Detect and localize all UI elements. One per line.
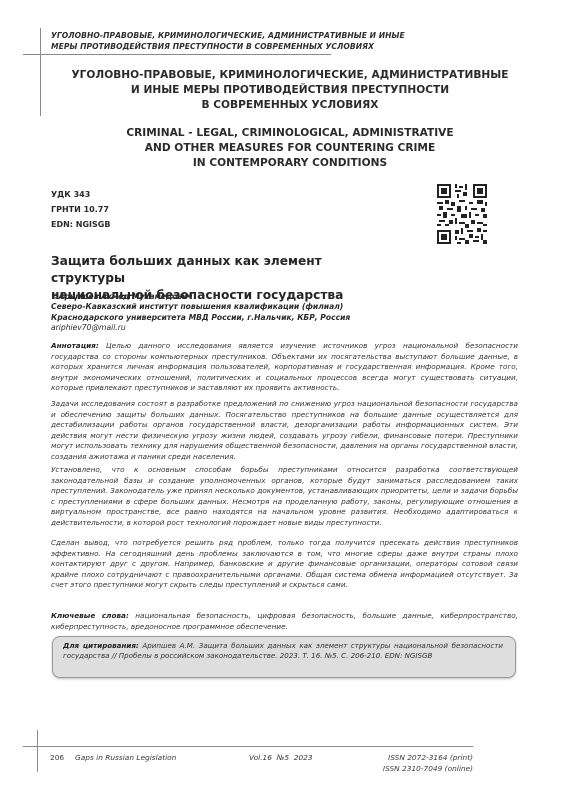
volume-issue: Vol.16 №5 2023	[249, 752, 313, 763]
keywords-label: Ключевые слова:	[51, 611, 129, 620]
abstract-label: Аннотация:	[51, 341, 99, 350]
issn-online: ISSN 2310-7049 (online)	[383, 763, 473, 774]
author-name: ©Арипшев Ахмед Мухамедович	[51, 292, 411, 302]
section-title-ru: УГОЛОВНО-ПРАВОВЫЕ, КРИМИНОЛОГИЧЕСКИЕ, АД…	[40, 68, 540, 113]
section-title-line: IN CONTEMPORARY CONDITIONS	[40, 156, 540, 171]
conclusion-paragraph: Сделан вывод, что потребуется решить ряд…	[51, 538, 518, 591]
running-head-line: МЕРЫ ПРОТИВОДЕЙСТВИЯ ПРЕСТУПНОСТИ В СОВР…	[51, 41, 471, 52]
grnti-code: ГРНТИ 10.77	[51, 202, 110, 217]
header-horizontal-rule	[23, 54, 331, 55]
abstract-text: Целью данного исследования является изуч…	[51, 341, 518, 392]
author-affiliation: Краснодарского университета МВД России, …	[51, 313, 411, 323]
section-title-line: И ИНЫЕ МЕРЫ ПРОТИВОДЕЙСТВИЯ ПРЕСТУПНОСТИ	[40, 83, 540, 98]
footer-vertical-rule	[37, 730, 38, 772]
footer-horizontal-rule	[23, 746, 473, 747]
qr-code-icon[interactable]	[437, 184, 487, 244]
issn-block: ISSN 2072-3164 (print) ISSN 2310-7049 (o…	[383, 752, 473, 774]
tasks-paragraph: Задачи исследования состоят в разработке…	[51, 399, 518, 463]
edn-code: EDN: NGISGB	[51, 217, 110, 232]
author-affiliation: Северо-Кавказский институт повышения ква…	[51, 302, 411, 312]
citation-box: Для цитирования: Арипшев А.М. Защита бол…	[52, 636, 516, 678]
abstract-paragraph: Аннотация: Целью данного исследования яв…	[51, 341, 518, 394]
citation-text: Для цитирования: Арипшев А.М. Защита бол…	[63, 641, 503, 662]
section-title-line: В СОВРЕМЕННЫХ УСЛОВИЯХ	[40, 98, 540, 113]
issn-print: ISSN 2072-3164 (print)	[383, 752, 473, 763]
citation-label: Для цитирования:	[63, 641, 139, 650]
section-title-line: CRIMINAL - LEGAL, CRIMINOLOGICAL, ADMINI…	[40, 126, 540, 141]
running-head: УГОЛОВНО-ПРАВОВЫЕ, КРИМИНОЛОГИЧЕСКИЕ, АД…	[51, 30, 471, 52]
classification-codes: УДК 343 ГРНТИ 10.77 EDN: NGISGB	[51, 187, 110, 232]
article-title-line: Защита больших данных как элемент структ…	[51, 253, 381, 287]
author-block: ©Арипшев Ахмед Мухамедович Северо-Кавказ…	[51, 292, 411, 334]
section-title-line: УГОЛОВНО-ПРАВОВЫЕ, КРИМИНОЛОГИЧЕСКИЕ, АД…	[40, 68, 540, 83]
page-number: 206	[50, 752, 64, 763]
author-email[interactable]: ariphiev70@mail.ru	[51, 323, 411, 333]
section-title-en: CRIMINAL - LEGAL, CRIMINOLOGICAL, ADMINI…	[40, 126, 540, 171]
established-paragraph: Установлено, что к основным способам бор…	[51, 465, 518, 529]
journal-name: Gaps in Russian Legislation	[75, 752, 176, 763]
udk-code: УДК 343	[51, 187, 110, 202]
running-head-line: УГОЛОВНО-ПРАВОВЫЕ, КРИМИНОЛОГИЧЕСКИЕ, АД…	[51, 30, 471, 41]
section-title-line: AND OTHER MEASURES FOR COUNTERING CRIME	[40, 141, 540, 156]
keywords-paragraph: Ключевые слова: национальная безопасност…	[51, 611, 518, 632]
